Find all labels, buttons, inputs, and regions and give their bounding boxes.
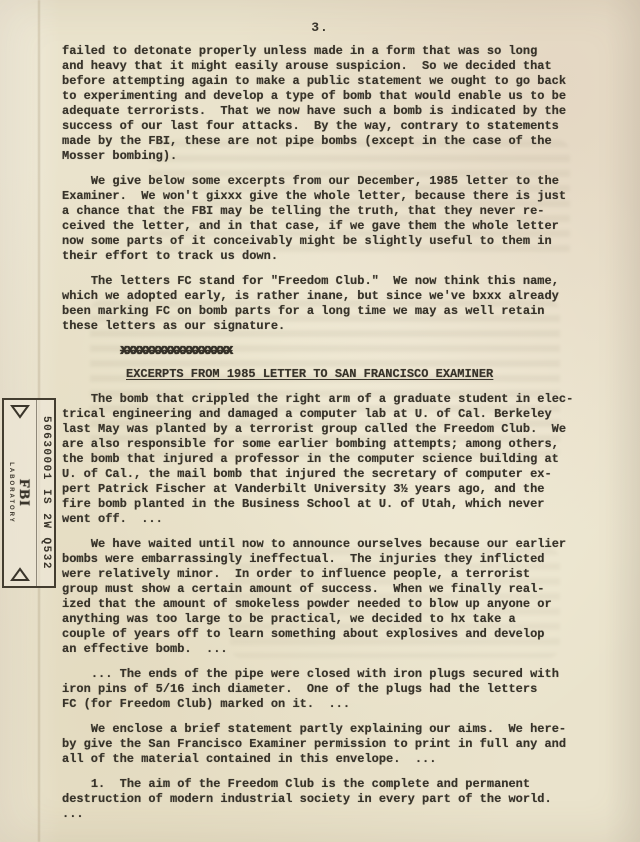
scanned-document-page: 3. failed to detonate properly unless ma… bbox=[0, 0, 640, 842]
fbi-lab-stamp: 50630001 IS 2W Q532 FBI LABORATORY bbox=[2, 398, 56, 588]
section-heading: EXCERPTS FROM 1985 LETTER TO SAN FRANCIS… bbox=[126, 367, 582, 382]
document-body: failed to detonate properly unless made … bbox=[62, 44, 582, 832]
fbi-lab-stamp-box: 50630001 IS 2W Q532 FBI LABORATORY bbox=[2, 398, 56, 588]
fbi-logo-text: FBI bbox=[17, 479, 32, 507]
redaction-strikeout-line: XXXXXXXXXXXXXXXXXX bbox=[120, 344, 582, 359]
paragraph-1: failed to detonate properly unless made … bbox=[62, 44, 582, 164]
stamp-triangle-icon bbox=[10, 567, 30, 582]
paragraph-7: We enclose a brief statement partly expl… bbox=[62, 722, 582, 767]
stamp-triangle-icon bbox=[10, 404, 30, 419]
paragraph-8: 1. The aim of the Freedom Club is the co… bbox=[62, 777, 582, 822]
fbi-logo: FBI LABORATORY bbox=[9, 462, 32, 524]
paragraph-3: The letters FC stand for "Freedom Club."… bbox=[62, 274, 582, 334]
paragraph-6: ... The ends of the pipe were closed wit… bbox=[62, 667, 582, 712]
paragraph-4: The bomb that crippled the right arm of … bbox=[62, 392, 582, 527]
stamp-laboratory-label: LABORATORY bbox=[9, 462, 15, 524]
stamp-specimen-number: 50630001 IS 2W Q532 bbox=[36, 400, 54, 586]
paragraph-2: We give below some excerpts from our Dec… bbox=[62, 174, 582, 264]
stamp-emblem-row: FBI LABORATORY bbox=[4, 400, 36, 586]
paragraph-5: We have waited until now to announce our… bbox=[62, 537, 582, 657]
page-number: 3. bbox=[0, 20, 640, 35]
